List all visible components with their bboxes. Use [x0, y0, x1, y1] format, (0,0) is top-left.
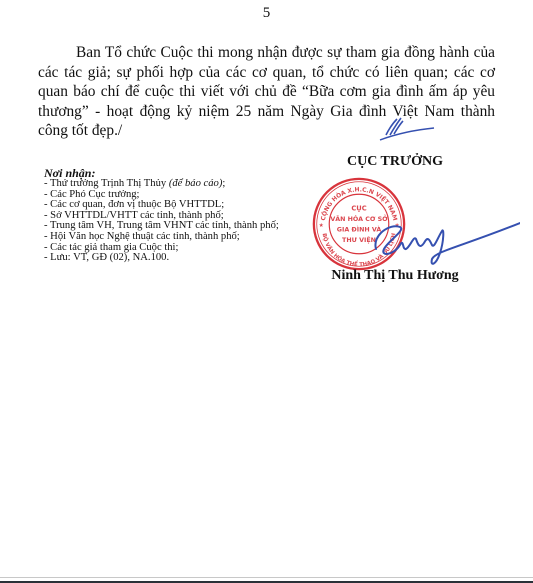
initial-signature-mark [378, 113, 438, 143]
recipient-item: - Thứ trưởng Trịnh Thị Thủy (để báo cáo)… [44, 179, 279, 190]
signer-name: Ninh Thị Thu Hương [300, 268, 490, 284]
handwritten-signature [370, 205, 520, 275]
recipient-item: - Hội Văn học Nghệ thuật các tỉnh, thành… [44, 232, 279, 243]
recipient-item: - Lưu: VT, GĐ (02), NA.100. [44, 253, 279, 264]
svg-text:CỤC: CỤC [351, 205, 366, 213]
recipients-block: Nơi nhận: - Thứ trưởng Trịnh Thị Thủy (đ… [44, 167, 279, 264]
svg-text:★: ★ [319, 222, 324, 229]
document-page: 5 Ban Tổ chức Cuộc thi mong nhận được sự… [0, 0, 533, 572]
page-number: 5 [0, 5, 533, 22]
signer-title: CỤC TRƯỞNG [300, 154, 490, 170]
page-bottom-border [0, 577, 533, 578]
